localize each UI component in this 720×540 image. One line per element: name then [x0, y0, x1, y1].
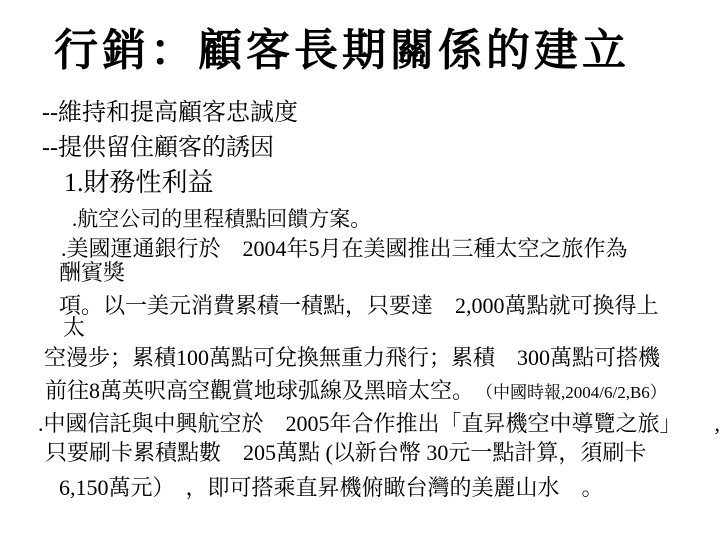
- paragraph1-line-2: 空漫步；累積100萬點可兌換無重力飛行；累積 300萬點可搭機: [44, 346, 660, 369]
- presentation-slide: 行銷：顧客長期關係的建立 --維持和提高顧客忠誠度 --提供留住顧客的誘因 1.…: [0, 0, 720, 540]
- sub-item-amex-reward-wrap: 酬賓獎: [59, 261, 125, 284]
- sub-item-amex-space-travel: .美國運通銀行於 2004年5月在美國推出三種太空之旅作為: [61, 237, 628, 260]
- numbered-heading-financial-benefit: 1.財務性利益: [64, 169, 214, 196]
- paragraph2-line-3: 6,150萬元） ，即可搭乘直昇機俯瞰台灣的美麗山水 。: [59, 476, 604, 499]
- bullet-line-retention-incentive: --提供留住顧客的誘因: [42, 136, 274, 161]
- bullet-line-maintain-loyalty: --維持和提高顧客忠誠度: [42, 101, 298, 126]
- slide-title: 行銷：顧客長期關係的建立: [54, 28, 630, 74]
- paragraph1-line-1: 項。以一美元消費累積一積點，只要達 2,000萬點就可換得上: [59, 294, 659, 317]
- paragraph1-wrap-char: 太: [63, 316, 85, 339]
- paragraph2-line-1: .中國信託與中興航空於 2005年合作推出「直昇機空中導覽之旅」 ,: [38, 412, 720, 435]
- sub-item-airline-mileage: .航空公司的里程積點回饋方案。: [72, 208, 371, 230]
- source-citation: （中國時報,2004/6/2,B6）: [476, 384, 667, 402]
- paragraph2-line-2: 只要刷卡累積點數 205萬點 (以新台幣 30元一點計算，須刷卡: [45, 441, 646, 464]
- paragraph1-line-3: 前往8萬英呎高空觀賞地球弧線及黑暗太空。: [45, 379, 474, 402]
